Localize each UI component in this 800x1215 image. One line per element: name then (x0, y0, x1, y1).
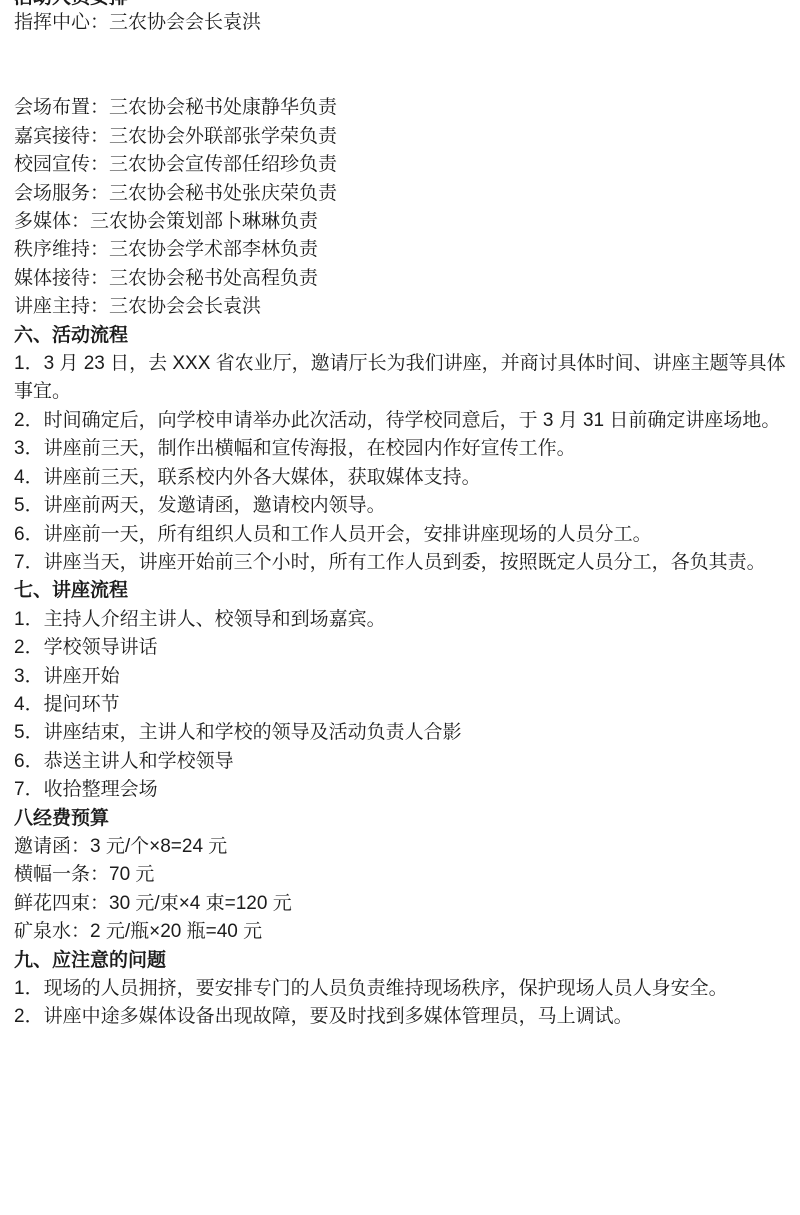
assignment-line: 媒体接待：三农协会秘书处高程负责 (14, 265, 796, 293)
assignment-line: 嘉宾接待：三农协会外联部张学荣负责 (14, 123, 796, 151)
activity-flow-item: 7．讲座当天，讲座开始前三个小时，所有工作人员到委，按照既定人员分工，各负其责。 (14, 549, 796, 577)
lecture-flow-item: 6．恭送主讲人和学校领导 (14, 748, 796, 776)
lecture-flow-item: 2．学校领导讲话 (14, 634, 796, 662)
command-center-line: 指挥中心：三农协会会长袁洪 (14, 9, 796, 37)
notes-item: 1．现场的人员拥挤，要安排专门的人员负责维持现场秩序，保护现场人员人身安全。 (14, 975, 796, 1003)
assignment-line: 多媒体：三农协会策划部卜琳琳负责 (14, 208, 796, 236)
section-heading-activity-flow: 六、活动流程 (14, 322, 796, 350)
budget-item: 横幅一条：70 元 (14, 861, 796, 889)
assignment-line: 讲座主持：三农协会会长袁洪 (14, 293, 796, 321)
lecture-flow-item: 4．提问环节 (14, 691, 796, 719)
budget-item: 邀请函：3 元/个×8=24 元 (14, 833, 796, 861)
budget-item: 鲜花四束：30 元/束×4 束=120 元 (14, 890, 796, 918)
section-heading-budget: 八经费预算 (14, 805, 796, 833)
clipped-top-heading-wrap: 活动人员安排 (14, 0, 796, 9)
activity-flow-item: 3．讲座前三天，制作出横幅和宣传海报，在校园内作好宣传工作。 (14, 435, 796, 463)
activity-flow-item: 6．讲座前一天，所有组织人员和工作人员开会，安排讲座现场的人员分工。 (14, 521, 796, 549)
document-page: 活动人员安排 指挥中心：三农协会会长袁洪 会场布置：三农协会秘书处康静华负责 嘉… (0, 0, 800, 1032)
activity-flow-item: 1．3 月 23 日，去 XXX 省农业厅，邀请厅长为我们讲座，并商讨具体时间、… (14, 350, 796, 407)
assignment-line: 会场布置：三农协会秘书处康静华负责 (14, 94, 796, 122)
assignment-line: 校园宣传：三农协会宣传部任绍珍负责 (14, 151, 796, 179)
assignment-line: 会场服务：三农协会秘书处张庆荣负责 (14, 180, 796, 208)
lecture-flow-item: 1．主持人介绍主讲人、校领导和到场嘉宾。 (14, 606, 796, 634)
activity-flow-item: 4．讲座前三天，联系校内外各大媒体，获取媒体支持。 (14, 464, 796, 492)
section-heading-lecture-flow: 七、讲座流程 (14, 577, 796, 605)
lecture-flow-item: 5．讲座结束，主讲人和学校的领导及活动负责人合影 (14, 719, 796, 747)
activity-flow-item: 2．时间确定后，向学校申请举办此次活动，待学校同意后，于 3 月 31 日前确定… (14, 407, 796, 435)
clipped-top-heading: 活动人员安排 (14, 0, 796, 9)
lecture-flow-item: 3．讲座开始 (14, 663, 796, 691)
section-heading-notes: 九、应注意的问题 (14, 947, 796, 975)
activity-flow-item: 5．讲座前两天，发邀请函，邀请校内领导。 (14, 492, 796, 520)
budget-item: 矿泉水：2 元/瓶×20 瓶=40 元 (14, 918, 796, 946)
assignment-line: 秩序维持：三农协会学术部李林负责 (14, 236, 796, 264)
notes-item: 2．讲座中途多媒体设备出现故障，要及时找到多媒体管理员，马上调试。 (14, 1003, 796, 1031)
lecture-flow-item: 7．收拾整理会场 (14, 776, 796, 804)
blank-gap (14, 37, 796, 94)
